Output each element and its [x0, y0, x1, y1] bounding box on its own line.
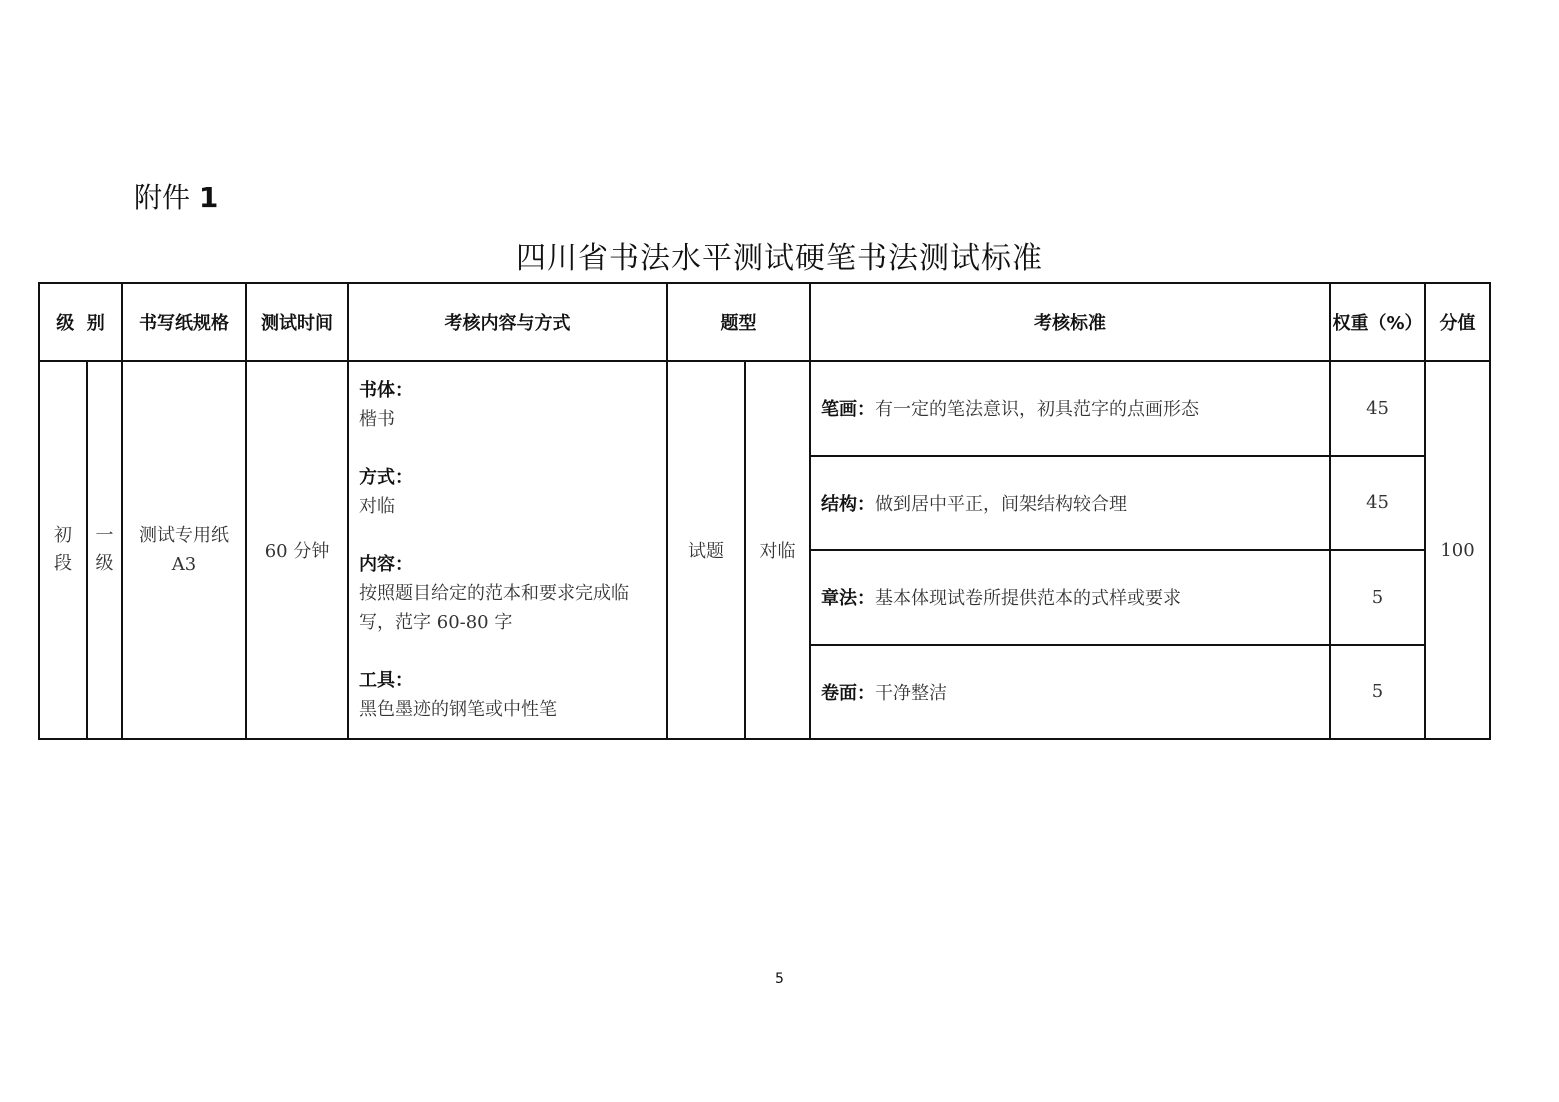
header-time: 测试时间 [246, 283, 348, 361]
table-row: 初段 一级 测试专用纸 A3 60 分钟 书体：楷书 方式：对临 内容：按照题目… [39, 361, 1490, 456]
annex-number: 1 [199, 181, 218, 214]
criteria-cell: 章法：基本体现试卷所提供范本的式样或要求 [810, 550, 1330, 645]
type-b-cell: 对临 [745, 361, 810, 739]
header-content: 考核内容与方式 [348, 283, 667, 361]
header-level: 级 别 [39, 283, 122, 361]
header-score: 分值 [1425, 283, 1490, 361]
standards-table: 级 别 书写纸规格 测试时间 考核内容与方式 题型 考核标准 权重（%） 分值 … [38, 282, 1491, 740]
page-number: 5 [0, 971, 1559, 987]
grade-cell: 一级 [87, 361, 122, 739]
header-row: 级 别 书写纸规格 测试时间 考核内容与方式 题型 考核标准 权重（%） 分值 [39, 283, 1490, 361]
header-paper: 书写纸规格 [122, 283, 246, 361]
criteria-cell: 笔画：有一定的笔法意识，初具范字的点画形态 [810, 361, 1330, 456]
header-weight: 权重（%） [1330, 283, 1425, 361]
criteria-cell: 结构：做到居中平正，间架结构较合理 [810, 456, 1330, 551]
header-criteria: 考核标准 [810, 283, 1330, 361]
paper-cell: 测试专用纸 A3 [122, 361, 246, 739]
weight-cell: 45 [1330, 361, 1425, 456]
content-cell: 书体：楷书 方式：对临 内容：按照题目给定的范本和要求完成临写，范字 60-80… [348, 361, 667, 739]
header-type: 题型 [667, 283, 810, 361]
annex-label: 附件 1 [134, 176, 218, 216]
type-a-cell: 试题 [667, 361, 745, 739]
document-title: 四川省书法水平测试硬笔书法测试标准 [0, 233, 1559, 277]
time-cell: 60 分钟 [246, 361, 348, 739]
weight-cell: 5 [1330, 550, 1425, 645]
weight-cell: 5 [1330, 645, 1425, 740]
criteria-cell: 卷面：干净整洁 [810, 645, 1330, 740]
stage-cell: 初段 [39, 361, 87, 739]
weight-cell: 45 [1330, 456, 1425, 551]
score-cell: 100 [1425, 361, 1490, 739]
annex-prefix: 附件 [134, 181, 190, 214]
